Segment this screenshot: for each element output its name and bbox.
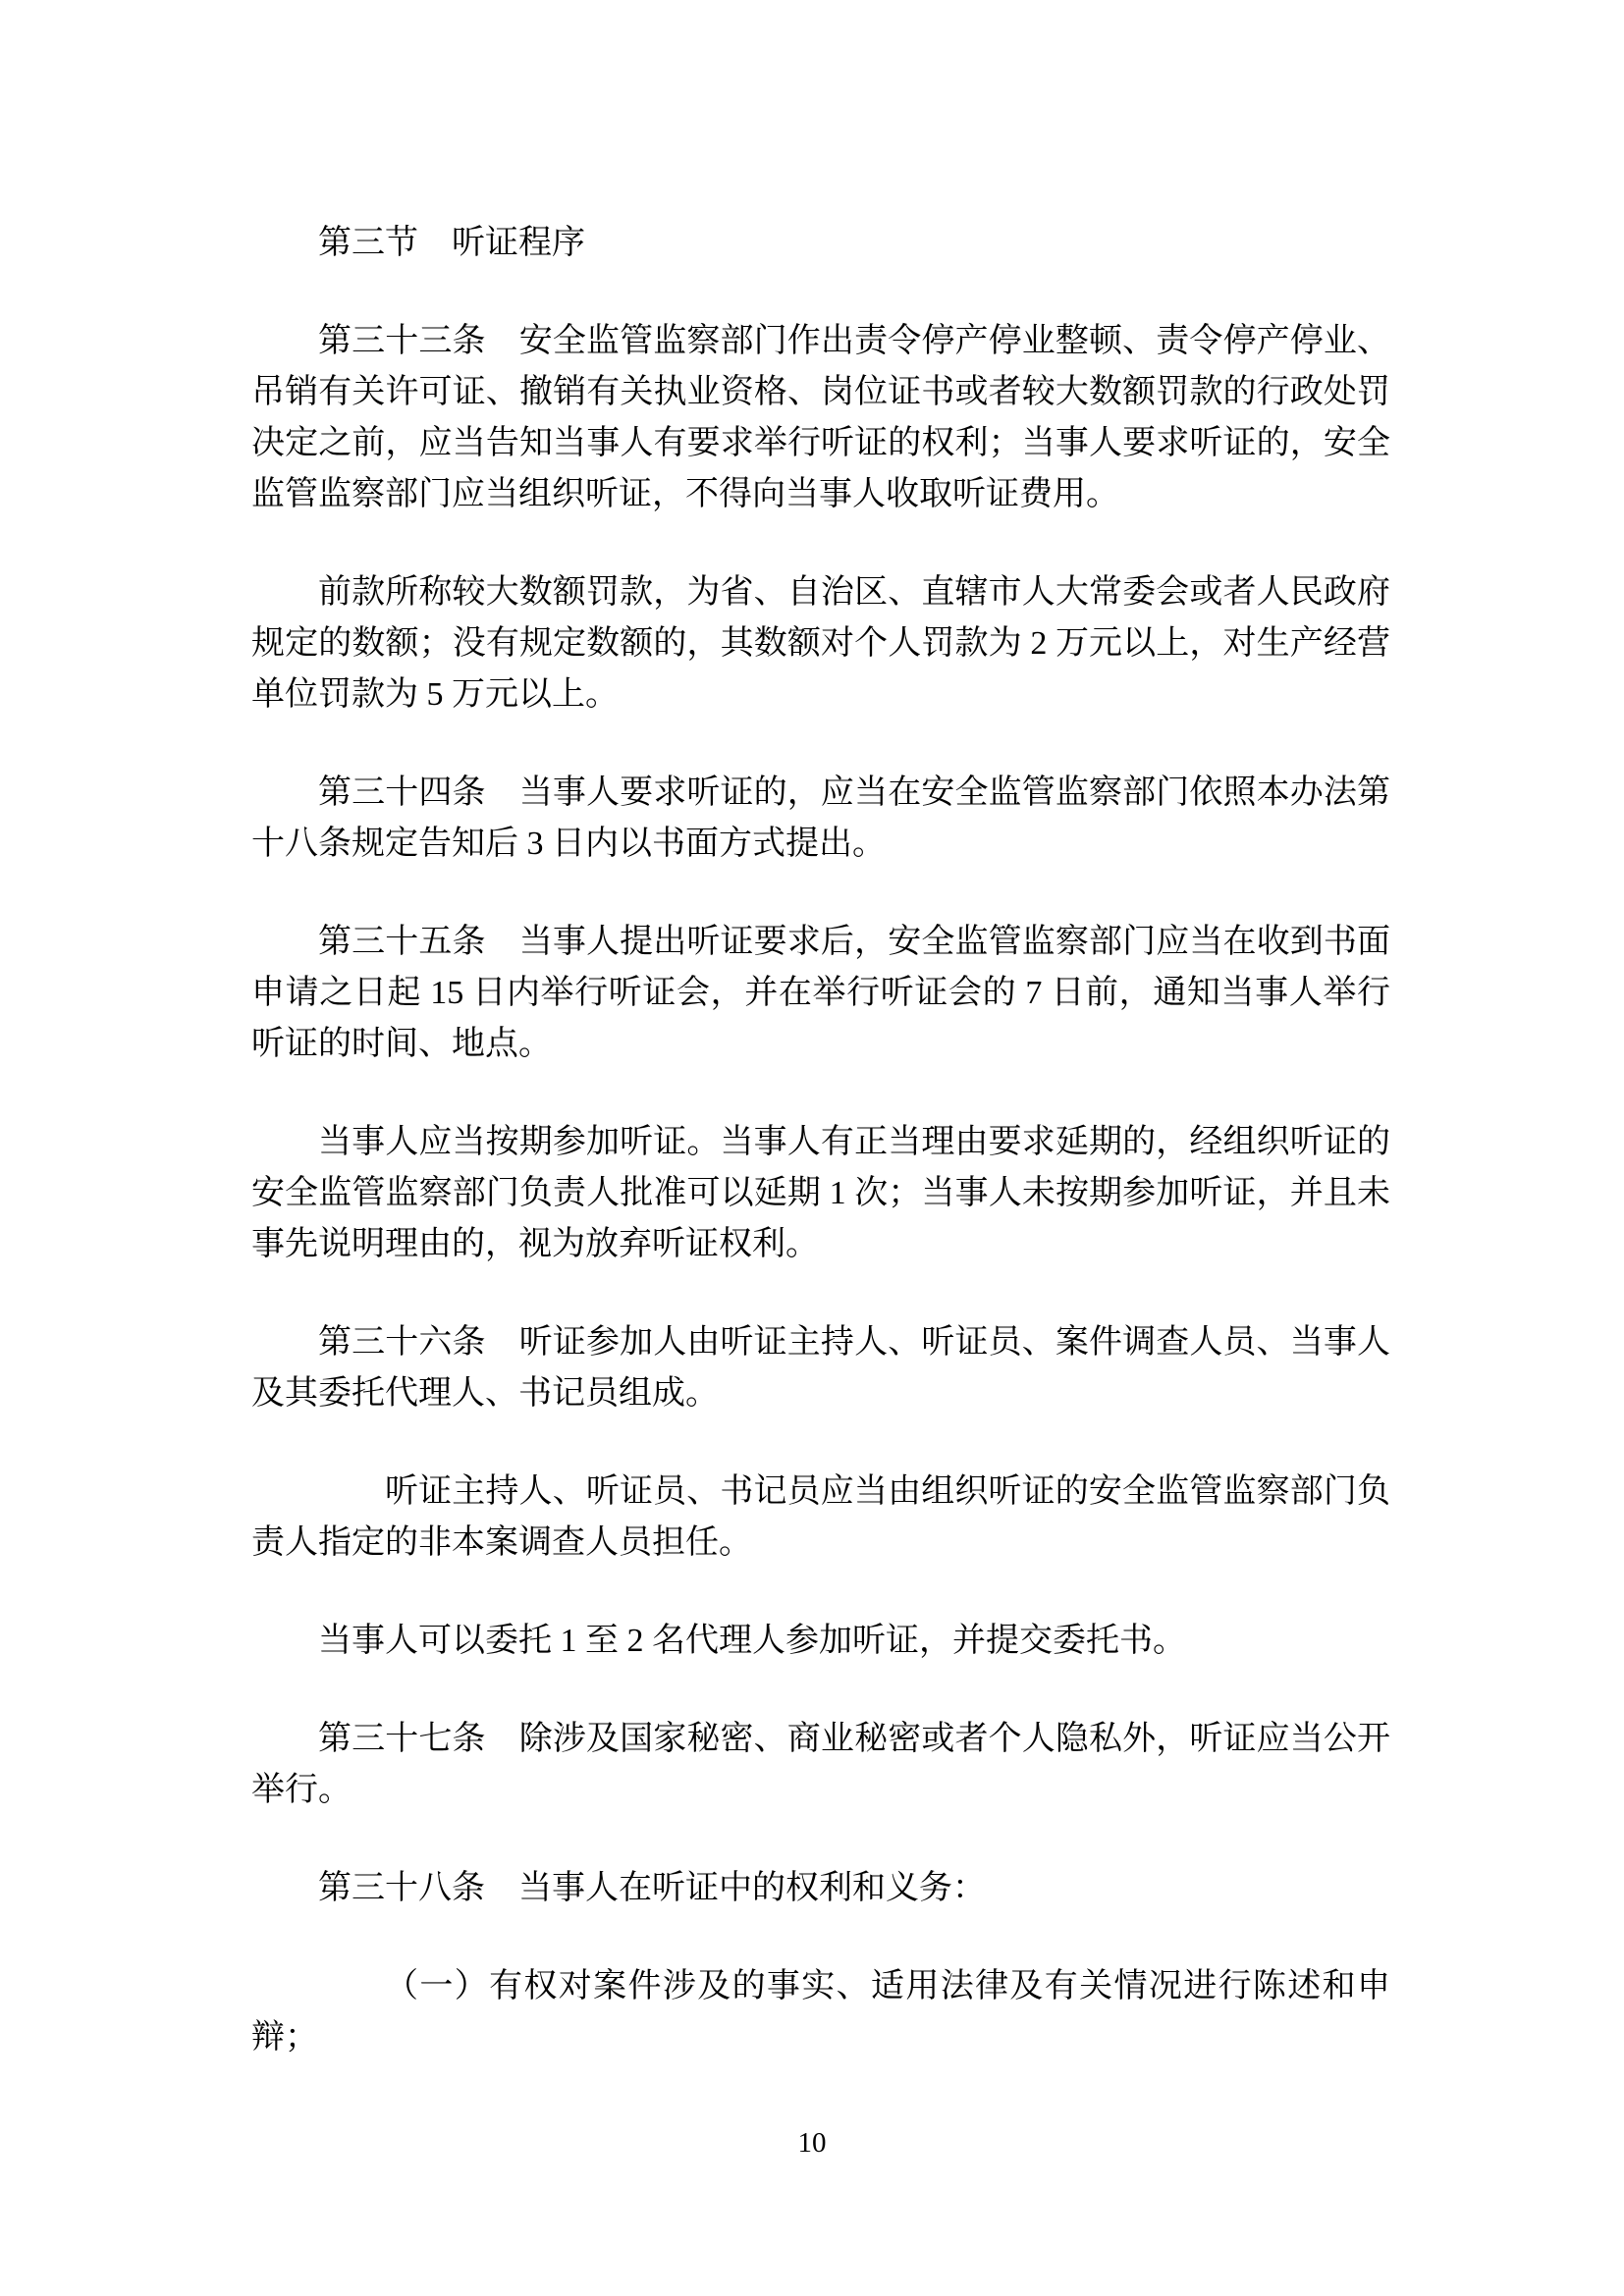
paragraph-article-33-fine-threshold: 前款所称较大数额罚款，为省、自治区、直辖市人大常委会或者人民政府规定的数额；没有…	[251, 567, 1390, 721]
section-heading: 第三节 听证程序	[251, 218, 1390, 269]
paragraph-article-35-attendance: 当事人应当按期参加听证。当事人有正当理由要求延期的，经组织听证的安全监管监察部门…	[251, 1117, 1390, 1270]
page-number: 10	[0, 2126, 1624, 2160]
paragraph-article-35: 第三十五条 当事人提出听证要求后，安全监管监察部门应当在收到书面申请之日起 15…	[251, 917, 1390, 1070]
paragraph-article-37: 第三十七条 除涉及国家秘密、商业秘密或者个人隐私外，听证应当公开举行。	[251, 1714, 1390, 1816]
paragraph-article-38-item-1: （一）有权对案件涉及的事实、适用法律及有关情况进行陈述和申辩；	[251, 1961, 1390, 2063]
paragraph-article-36-host: 听证主持人、听证员、书记员应当由组织听证的安全监管监察部门负责人指定的非本案调查…	[251, 1467, 1390, 1569]
paragraph-article-36-agents: 当事人可以委托 1 至 2 名代理人参加听证，并提交委托书。	[251, 1616, 1390, 1667]
document-page: 第三节 听证程序 第三十三条 安全监管监察部门作出责令停产停业整顿、责令停产停业…	[0, 0, 1624, 2296]
paragraph-article-36: 第三十六条 听证参加人由听证主持人、听证员、案件调查人员、当事人及其委托代理人、…	[251, 1317, 1390, 1419]
paragraph-article-38: 第三十八条 当事人在听证中的权利和义务：	[251, 1863, 1390, 1914]
paragraph-article-33: 第三十三条 安全监管监察部门作出责令停产停业整顿、责令停产停业、吊销有关许可证、…	[251, 316, 1390, 520]
paragraph-article-34: 第三十四条 当事人要求听证的，应当在安全监管监察部门依照本办法第十八条规定告知后…	[251, 768, 1390, 870]
document-body: 第三节 听证程序 第三十三条 安全监管监察部门作出责令停产停业整顿、责令停产停业…	[251, 218, 1390, 2110]
